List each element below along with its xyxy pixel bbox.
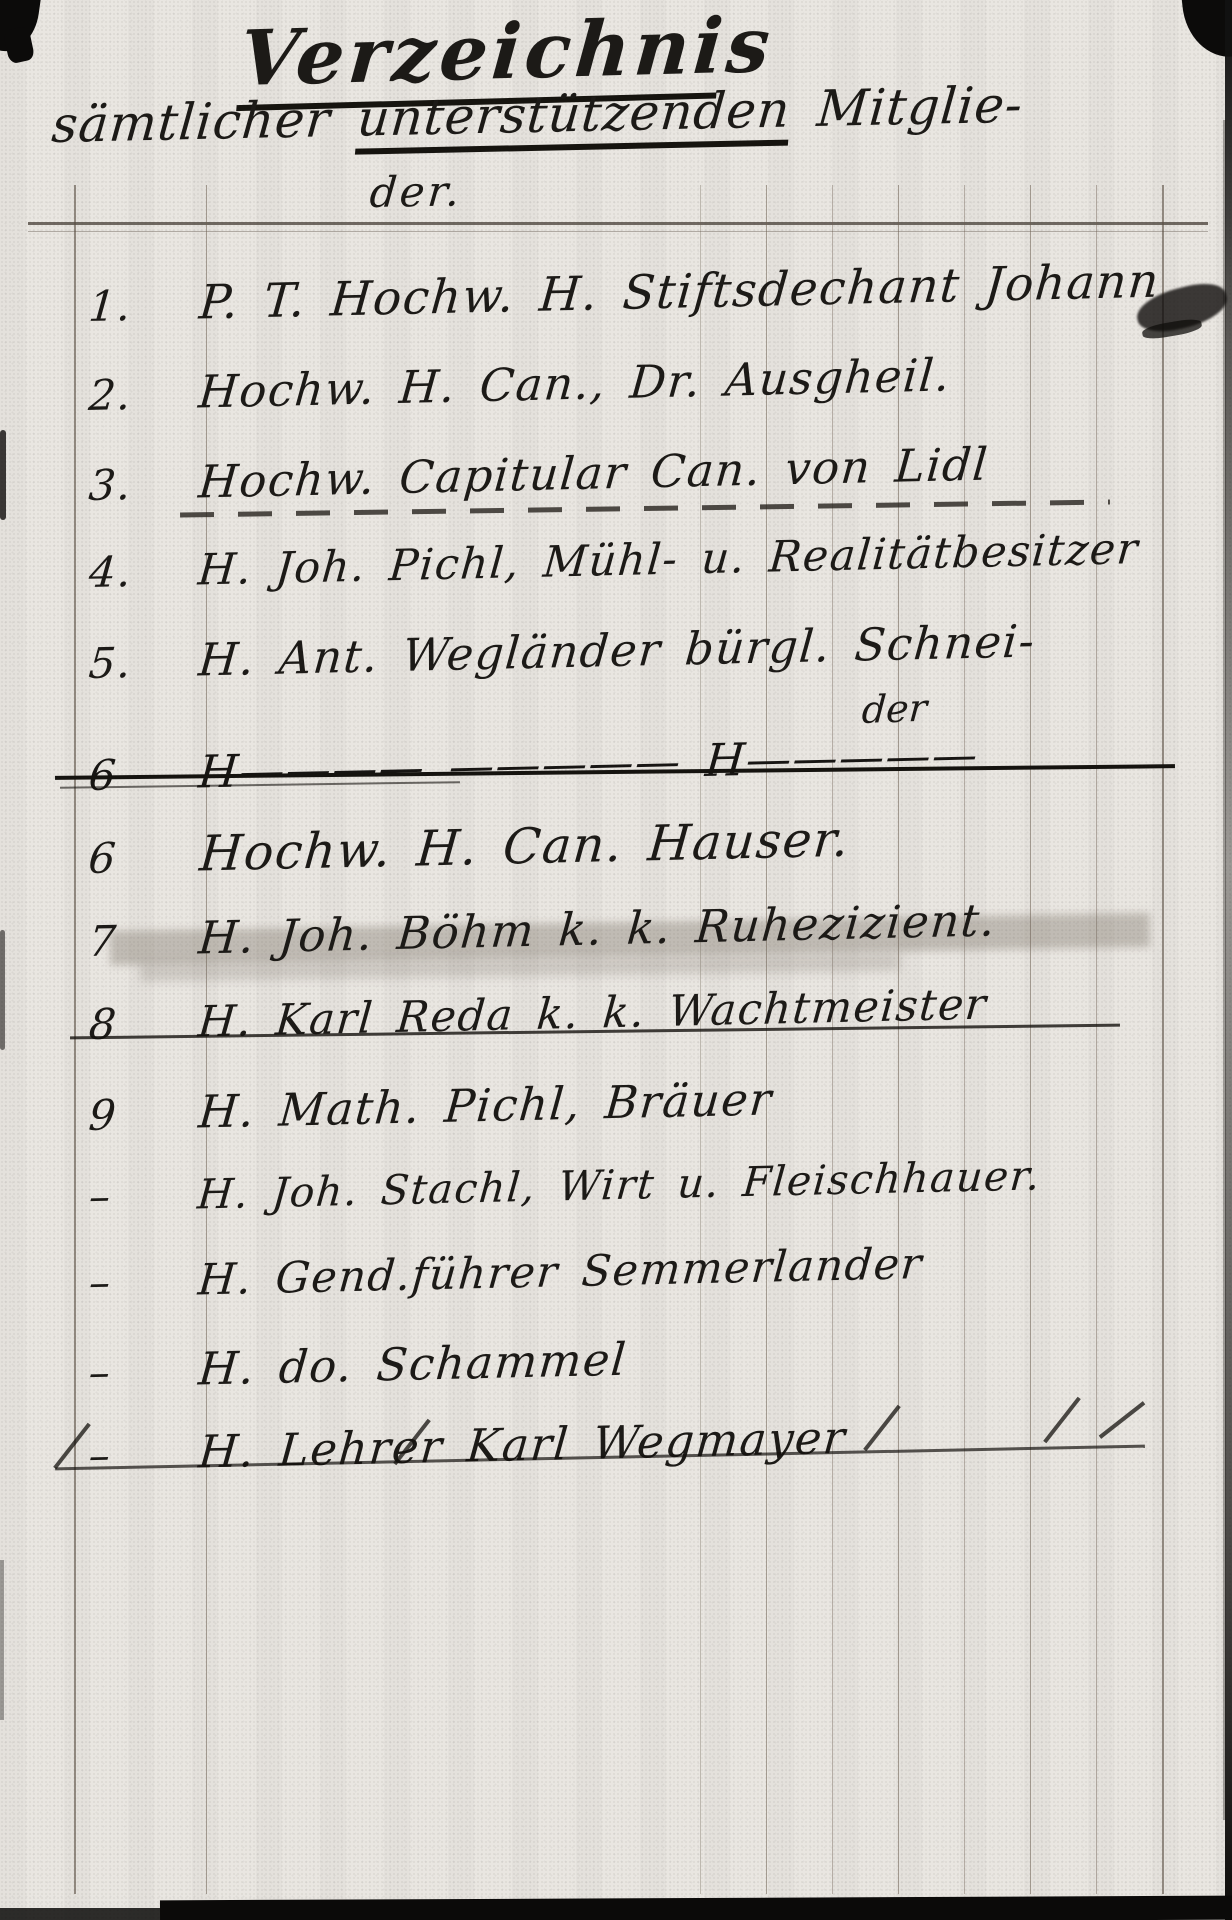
list-item: 3. Hochw. Capitular Can. von Lidl: [85, 432, 1221, 536]
scan-edge-right: [1223, 120, 1226, 1820]
scan-artifact-left-edge: [0, 1560, 4, 1720]
item-text: P. T. Hochw. H. Stiftsdechant Johann: [197, 254, 1162, 331]
item-text: H. Joh. Böhm k. k. Ruhezizient.: [197, 893, 999, 964]
list-item: 4. H. Joh. Pichl, Mühl- u. Realitätbesit…: [85, 522, 1221, 626]
list-item: 1. P. T. Hochw. H. Stiftsdechant Johann: [85, 252, 1221, 356]
item-number: 4.: [87, 546, 177, 597]
list-item: 2. Hochw. H. Can., Dr. Ausgheil.: [85, 342, 1221, 446]
scan-artifact-left-edge: [0, 930, 5, 1050]
item-number: 7: [87, 915, 177, 966]
item-number: 9: [87, 1089, 177, 1140]
item-text: H. Ant. Wegländer bürgl. Schnei-: [197, 614, 1038, 686]
item-text: H. Karl Reda k. k. Wachtmeister: [196, 980, 989, 1048]
item-text: Hochw. H. Can., Dr. Ausgheil.: [197, 348, 953, 418]
item-text: H. Gend.führer Semmerlander: [196, 1239, 925, 1306]
cross-out-hatch-mark: [53, 1423, 91, 1470]
scan-artifact-left-edge: [0, 430, 6, 520]
item-text: H. Joh. Pichl, Mühl- u. Realitätbesitzer: [196, 524, 1141, 595]
item-text: H. Joh. Stachl, Wirt u. Fleischhauer.: [196, 1151, 1043, 1218]
scan-edge-bottom: [0, 1908, 170, 1920]
item-text: H. Lehrer Karl Wegmayer: [197, 1411, 849, 1479]
scanned-document-page: Verzeichnis sämtlicher unterstützenden M…: [0, 0, 1232, 1920]
scan-edge-bottom: [160, 1896, 1232, 1920]
item-number: –: [87, 1429, 177, 1480]
subtitle-underlined-word: unterstützenden: [354, 80, 792, 154]
list-item: 5. H. Ant. Wegländer bürgl. Schnei-: [85, 610, 1221, 714]
header-rule: [28, 222, 1208, 225]
list-item: – H. Gend.führer Semmerlander: [85, 1232, 1221, 1336]
item-text: H. Math. Pichl, Bräuer: [197, 1072, 775, 1138]
subtitle-prefix: sämtlicher: [50, 90, 333, 154]
item-number: –: [87, 1346, 177, 1397]
item-text: Hochw. Capitular Can. von Lidl: [197, 438, 991, 509]
item-text: H. do. Schammel: [197, 1333, 630, 1396]
item-number: 5.: [87, 637, 177, 688]
item-number: 8: [87, 998, 177, 1049]
subtitle-suffix: Mitglie-: [815, 76, 1026, 138]
header-rule-shadow: [28, 231, 1208, 232]
item-text: Hochw. H. Can. Hauser.: [198, 811, 853, 883]
subtitle-continuation: der.: [368, 166, 465, 217]
scan-edge-right: [1225, 0, 1232, 1920]
item-number: –: [87, 1256, 177, 1307]
item-text: H———— ————— H—————: [197, 728, 981, 799]
item-number: 3.: [87, 459, 177, 510]
list-item: 7 H. Joh. Böhm k. k. Ruhezizient.: [85, 888, 1221, 992]
item-text-continuation: der: [860, 686, 928, 732]
column-line: [74, 185, 76, 1894]
item-number: 2.: [87, 369, 177, 420]
item-number: 1.: [87, 280, 177, 331]
page-subtitle: sämtlicher unterstützenden Mitglie-: [50, 72, 1175, 154]
item-number: –: [87, 1170, 177, 1221]
item-number: 6: [87, 832, 177, 883]
